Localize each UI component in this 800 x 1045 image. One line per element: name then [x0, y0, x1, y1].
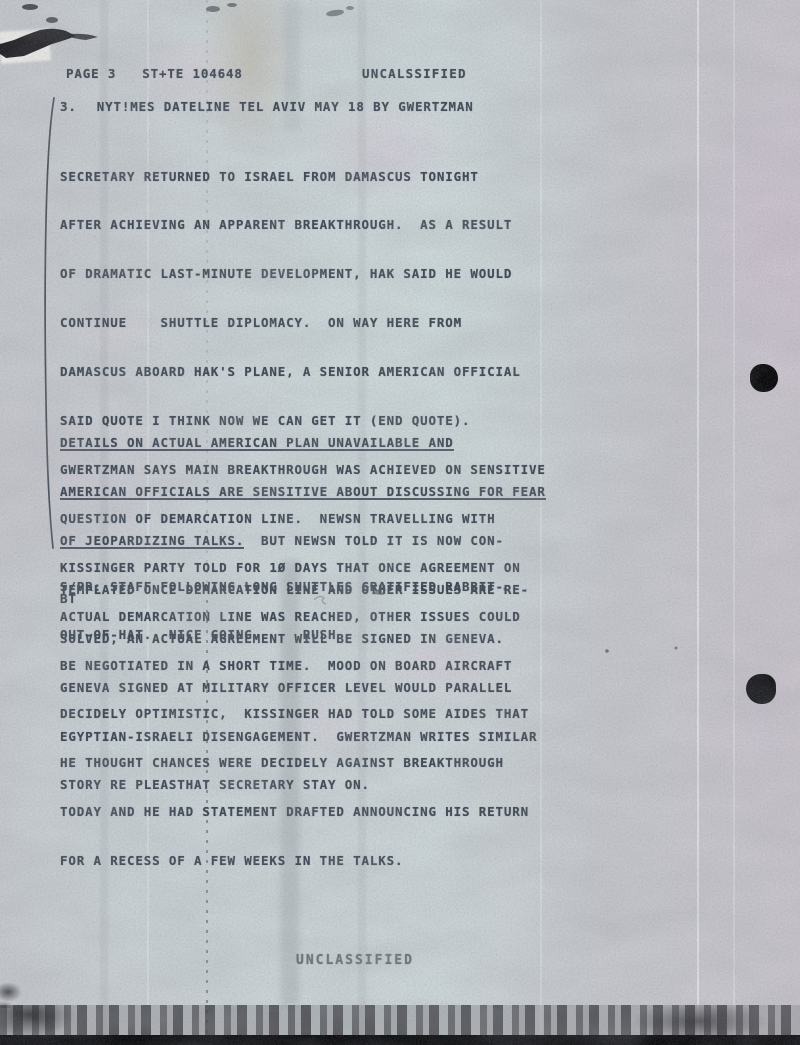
cable-line: AFTER ACHIEVING AN APPARENT BREAKTHROUGH… [60, 217, 546, 233]
cable-line: EGYPTIAN-ISRAELI DISENGAGEMENT. GWERTZMA… [60, 729, 546, 745]
underlined-text: DETAILS ON ACTUAL AMERICAN PLAN UNAVAILA… [60, 436, 454, 452]
scan-crease-light [697, 0, 699, 1045]
paragraph-3: S/PR: STAFF FOLLOWING LONG SHUTTLES GRAT… [60, 546, 504, 676]
cable-line: S/PR: STAFF FOLLOWING LONG SHUTTLES GRAT… [60, 579, 504, 595]
item-heading: 3.NYT!MES DATELINE TEL AVIV MAY 18 BY GW… [60, 99, 474, 115]
item-title: NYT!MES DATELINE TEL AVIV MAY 18 BY GWER… [97, 99, 474, 114]
signoff-bt: BT [60, 591, 77, 607]
scan-bottom-band [0, 1005, 800, 1037]
underlined-text: AMERICAN OFFICIALS ARE SENSITIVE ABOUT D… [60, 485, 546, 501]
cable-line: DAMASCUS ABOARD HAK'S PLANE, A SENIOR AM… [60, 364, 546, 380]
cable-line: GENEVA SIGNED AT MILITARY OFFICER LEVEL … [60, 680, 546, 696]
cable-line-underlined: AMERICAN OFFICIALS ARE SENSITIVE ABOUT D… [60, 484, 546, 501]
cable-number: ST+TE 104648 [142, 66, 243, 81]
cable-line: STORY RE PLEASTHAT SECRETARY STAY ON. [60, 777, 546, 793]
cable-line: OF DRAMATIC LAST-MINUTE DEVELOPMENT, HAK… [60, 266, 546, 282]
cable-line: SECRETARY RETURNED TO ISRAEL FROM DAMASC… [60, 169, 546, 185]
classification-header: UNCALSSIFIED [362, 66, 467, 82]
cable-line: CONTINUE SHUTTLE DIPLOMACY. ON WAY HERE … [60, 315, 546, 331]
torn-paper-patch [0, 28, 51, 63]
punch-hole [746, 674, 776, 704]
cable-line-underlined: DETAILS ON ACTUAL AMERICAN PLAN UNAVAILA… [60, 435, 546, 452]
item-number: 3. [60, 99, 77, 114]
classification-stamp: UNCLASSIFIED [296, 953, 414, 969]
page-header: PAGE 3ST+TE 104648 [66, 66, 243, 82]
page-number-label: PAGE 3 [66, 66, 116, 81]
cable-line: OUT-OF-HAT. NICE GOING. RUSH [60, 627, 504, 643]
scan-bottom-edge [0, 1035, 800, 1045]
scan-crease-light [733, 0, 735, 1045]
scanned-cable-page: PAGE 3ST+TE 104648 UNCALSSIFIED 3.NYT!ME… [0, 0, 800, 1045]
cable-line: FOR A RECESS OF A FEW WEEKS IN THE TALKS… [60, 853, 546, 869]
punch-hole [750, 364, 778, 392]
